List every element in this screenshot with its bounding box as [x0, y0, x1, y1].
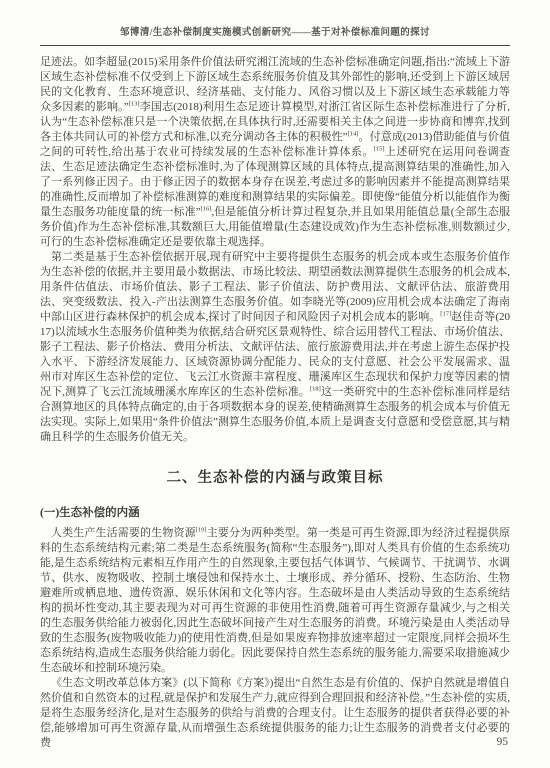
- running-header: 邹博清/生态补偿制度实施模式创新研究——基于对补偿标准问题的探讨: [40, 24, 510, 38]
- header-rule: [40, 45, 510, 46]
- page-body: 足迹法。如李超显(2015)采用条件价值法研究湘江流域的生态补偿标准确定问题,指…: [40, 55, 510, 751]
- paragraph-policy: 《生态文明改革总体方案》(以下简称《方案》)提出“自然生态是有价值的、保护自然就…: [40, 676, 510, 751]
- paragraph-continuation: 足迹法。如李超显(2015)采用条件价值法研究湘江流域的生态补偿标准确定问题,指…: [40, 55, 510, 250]
- paragraph-connotation: 人类生产生活需要的生物资源[19]主要分为两种类型。第一类是可再生资源,即为经济…: [40, 526, 510, 676]
- paragraph-second-category: 第二类是基于生态补偿依据开展,现有研究中主要将提供生态服务的机会成本或生态服务价…: [40, 250, 510, 445]
- subsection-heading: (一)生态补偿的内涵: [40, 504, 510, 520]
- document-page: 邹博清/生态补偿制度实施模式创新研究——基于对补偿标准问题的探讨 足迹法。如李超…: [0, 0, 550, 768]
- section-heading: 二、生态补偿的内涵与政策目标: [40, 466, 510, 487]
- page-number: 95: [497, 736, 509, 748]
